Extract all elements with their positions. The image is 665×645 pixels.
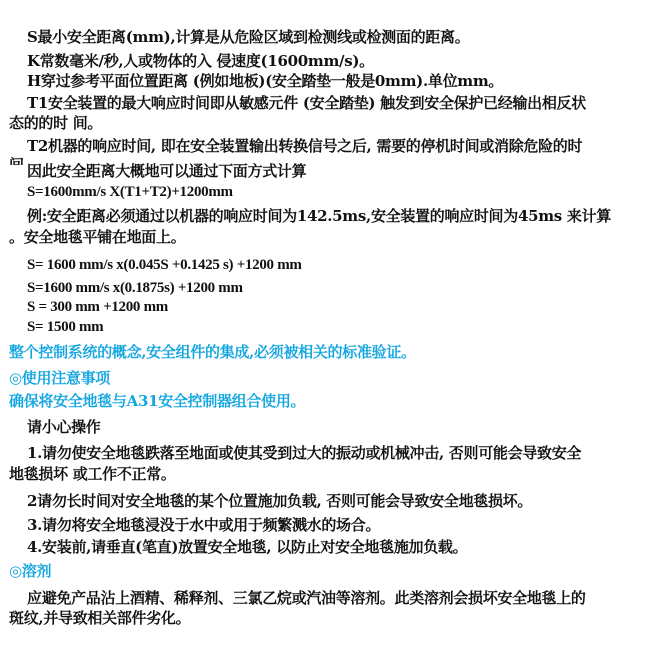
- calc-step-1: S= 1600 mm/s x(0.045S +0.1425 s) +1200 m…: [27, 256, 302, 274]
- verification-note: 整个控制系统的概念,安全组件的集成,必须被相关的标准验证。: [9, 343, 416, 361]
- solvent-line1: 应避免产品沾上酒精、稀释剂、三氯乙烷或汽油等溶剂。此类溶剂会损坏安全地毯上的: [27, 589, 586, 607]
- definition-t2-line2: 间: [9, 156, 24, 165]
- usage-section-note: 确保将安全地毯与A31安全控制器组合使用。: [9, 392, 305, 410]
- solvent-line2: 斑纹,并导致相关部件劣化。: [9, 609, 190, 627]
- definition-t2-line1: T2机器的响应时间, 即在安全装置输出转换信号之后, 需要的停机时间或消除危险的…: [27, 137, 582, 155]
- example-line2: 。安全地毯平铺在地面上。: [9, 228, 185, 246]
- caution-item-1-line1: 1.请勿使安全地毯跌落至地面或使其受到过大的振动或机械冲击, 否则可能会导致安全: [27, 444, 581, 462]
- caution-item-2: 2请勿长时间对安全地毯的某个位置施加负载, 否则可能会导致安全地毯损坏。: [27, 492, 532, 510]
- calc-step-2: S=1600 mm/s x(0.1875s) +1200 mm: [27, 279, 243, 297]
- example-line1: 例:安全距离必须通过以机器的响应时间为142.5ms,安全装置的响应时间为45m…: [27, 207, 611, 225]
- caution-title: 请小心操作: [27, 418, 101, 436]
- calculation-intro: 因此安全距离大概地可以通过下面方式计算: [27, 162, 306, 180]
- definition-h: H穿过参考平面位置距离 (例如地板)(安全踏垫一般是0mm).单位mm。: [27, 72, 503, 90]
- definition-k: K常数毫米/秒,人或物体的入 侵速度(1600mm/s)。: [27, 52, 374, 70]
- definition-t1-line1: T1安全装置的最大响应时间即从敏感元件 (安全踏垫) 触发到安全保护已经输出相反…: [27, 94, 586, 112]
- caution-item-1-line2: 地毯损坏 或工作不正常。: [9, 465, 176, 483]
- definition-t1-line2: 态的的时 间。: [9, 114, 102, 132]
- solvent-section-title: ◎溶剂: [9, 562, 51, 580]
- calc-step-3: S = 300 mm +1200 mm: [27, 298, 168, 316]
- caution-item-4: 4.安装前,请垂直(笔直)放置安全地毯, 以防止对安全地毯施加负载。: [27, 538, 467, 556]
- usage-section-title: ◎使用注意事项: [9, 369, 110, 387]
- definition-s: S最小安全距离(mm),计算是从危险区域到检测线或检测面的距离。: [27, 28, 469, 46]
- formula: S=1600mm/s X(T1+T2)+1200mm: [27, 183, 233, 201]
- caution-item-3: 3.请勿将安全地毯浸没于水中或用于频繁溅水的场合。: [27, 516, 380, 534]
- calc-step-4: S= 1500 mm: [27, 318, 103, 336]
